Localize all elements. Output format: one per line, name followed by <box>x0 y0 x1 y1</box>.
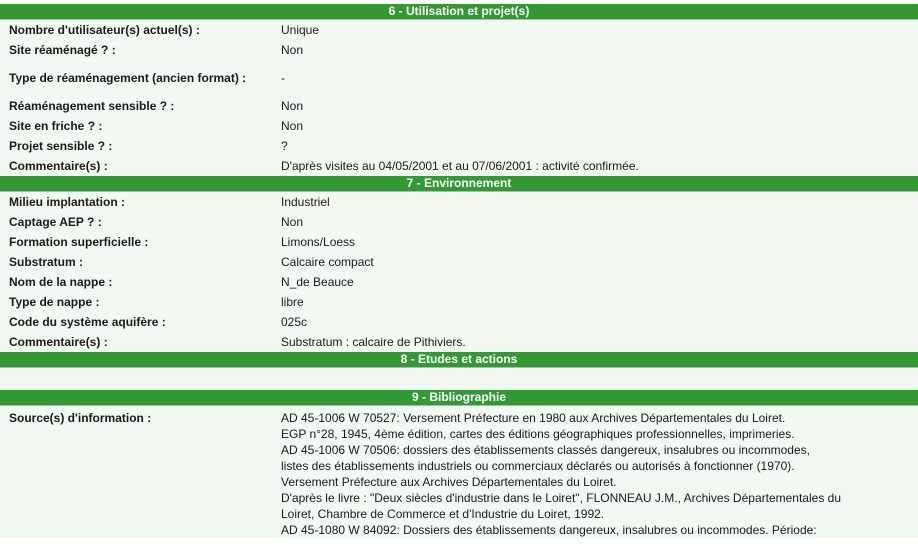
field-row-code-aquifere: Code du système aquifère : 025c <box>0 312 918 332</box>
field-value: Non <box>281 116 918 136</box>
field-label: Réaménagement sensible ? : <box>0 96 281 116</box>
field-row-type-reamenagement: Type de réaménagement (ancien format) : … <box>0 60 918 96</box>
field-row-nom-nappe: Nom de la nappe : N_de Beauce <box>0 272 918 292</box>
field-value: Substratum : calcaire de Pithiviers. <box>281 332 918 352</box>
field-label: Formation superficielle : <box>0 232 281 252</box>
field-value: D'après visites au 04/05/2001 et au 07/0… <box>281 156 918 176</box>
record-table: 6 - Utilisation et projet(s) Nombre d'ut… <box>0 4 918 538</box>
source-line: AD 45-1006 W 70506: dossiers des établis… <box>281 442 918 458</box>
section-header-etudes-actions: 8 - Etudes et actions <box>0 352 918 368</box>
field-value: Industriel <box>281 192 918 213</box>
source-line: Versement Préfecture aux Archives Départ… <box>281 474 918 490</box>
source-line: Loiret, Chambre de Commerce et d'Industr… <box>281 506 918 522</box>
field-value: ? <box>281 136 918 156</box>
field-label: Commentaire(s) : <box>0 332 281 352</box>
field-value: Unique <box>281 20 918 41</box>
field-value: Limons/Loess <box>281 232 918 252</box>
field-row-captage-aep: Captage AEP ? : Non <box>0 212 918 232</box>
field-row-sources: Source(s) d'information : AD 45-1006 W 7… <box>0 406 918 539</box>
section-header-utilisation: 6 - Utilisation et projet(s) <box>0 4 918 20</box>
field-value: Non <box>281 40 918 60</box>
field-value: libre <box>281 292 918 312</box>
field-label: Nom de la nappe : <box>0 272 281 292</box>
section-title: 8 - Etudes et actions <box>0 352 918 368</box>
section-header-bibliographie: 9 - Bibliographie <box>0 390 918 406</box>
field-value: Calcaire compact <box>281 252 918 272</box>
field-row-commentaires-env: Commentaire(s) : Substratum : calcaire d… <box>0 332 918 352</box>
field-row-nombre-utilisateurs: Nombre d'utilisateur(s) actuel(s) : Uniq… <box>0 20 918 41</box>
field-label: Code du système aquifère : <box>0 312 281 332</box>
field-value: N_de Beauce <box>281 272 918 292</box>
field-label: Commentaire(s) : <box>0 156 281 176</box>
field-value: Non <box>281 212 918 232</box>
field-value: - <box>281 60 918 96</box>
field-row-milieu-implantation: Milieu implantation : Industriel <box>0 192 918 213</box>
field-label: Type de nappe : <box>0 292 281 312</box>
field-row-projet-sensible: Projet sensible ? : ? <box>0 136 918 156</box>
field-label: Site réaménagé ? : <box>0 40 281 60</box>
section-title: 6 - Utilisation et projet(s) <box>0 4 918 20</box>
field-row-formation-superficielle: Formation superficielle : Limons/Loess <box>0 232 918 252</box>
site-record-sheet: 6 - Utilisation et projet(s) Nombre d'ut… <box>0 4 918 538</box>
section-header-environnement: 7 - Environnement <box>0 176 918 192</box>
field-label: Type de réaménagement (ancien format) : <box>0 60 281 96</box>
field-row-reamenagement-sensible: Réaménagement sensible ? : Non <box>0 96 918 116</box>
source-line: D'après le livre : "Deux siècles d'indus… <box>281 490 918 506</box>
section-title: 7 - Environnement <box>0 176 918 192</box>
source-line: AD 45-1080 W 84092: Dossiers des établis… <box>281 522 918 538</box>
sources-list: AD 45-1006 W 70527: Versement Préfecture… <box>281 406 918 539</box>
field-label: Captage AEP ? : <box>0 212 281 232</box>
section-title: 9 - Bibliographie <box>0 390 918 406</box>
field-row-site-reamenage: Site réaménagé ? : Non <box>0 40 918 60</box>
empty-section-body <box>0 368 918 391</box>
field-value: Non <box>281 96 918 116</box>
field-row-substratum: Substratum : Calcaire compact <box>0 252 918 272</box>
source-line: listes des établissements industriels ou… <box>281 458 918 474</box>
source-line: EGP n°28, 1945, 4ème édition, cartes des… <box>281 426 918 442</box>
field-label: Milieu implantation : <box>0 192 281 213</box>
field-label: Source(s) d'information : <box>0 406 281 539</box>
source-line: AD 45-1006 W 70527: Versement Préfecture… <box>281 410 918 426</box>
field-row-commentaires: Commentaire(s) : D'après visites au 04/0… <box>0 156 918 176</box>
field-row-type-nappe: Type de nappe : libre <box>0 292 918 312</box>
field-row-site-en-friche: Site en friche ? : Non <box>0 116 918 136</box>
field-label: Projet sensible ? : <box>0 136 281 156</box>
field-label: Substratum : <box>0 252 281 272</box>
field-label: Nombre d'utilisateur(s) actuel(s) : <box>0 20 281 41</box>
field-value: 025c <box>281 312 918 332</box>
field-label: Site en friche ? : <box>0 116 281 136</box>
